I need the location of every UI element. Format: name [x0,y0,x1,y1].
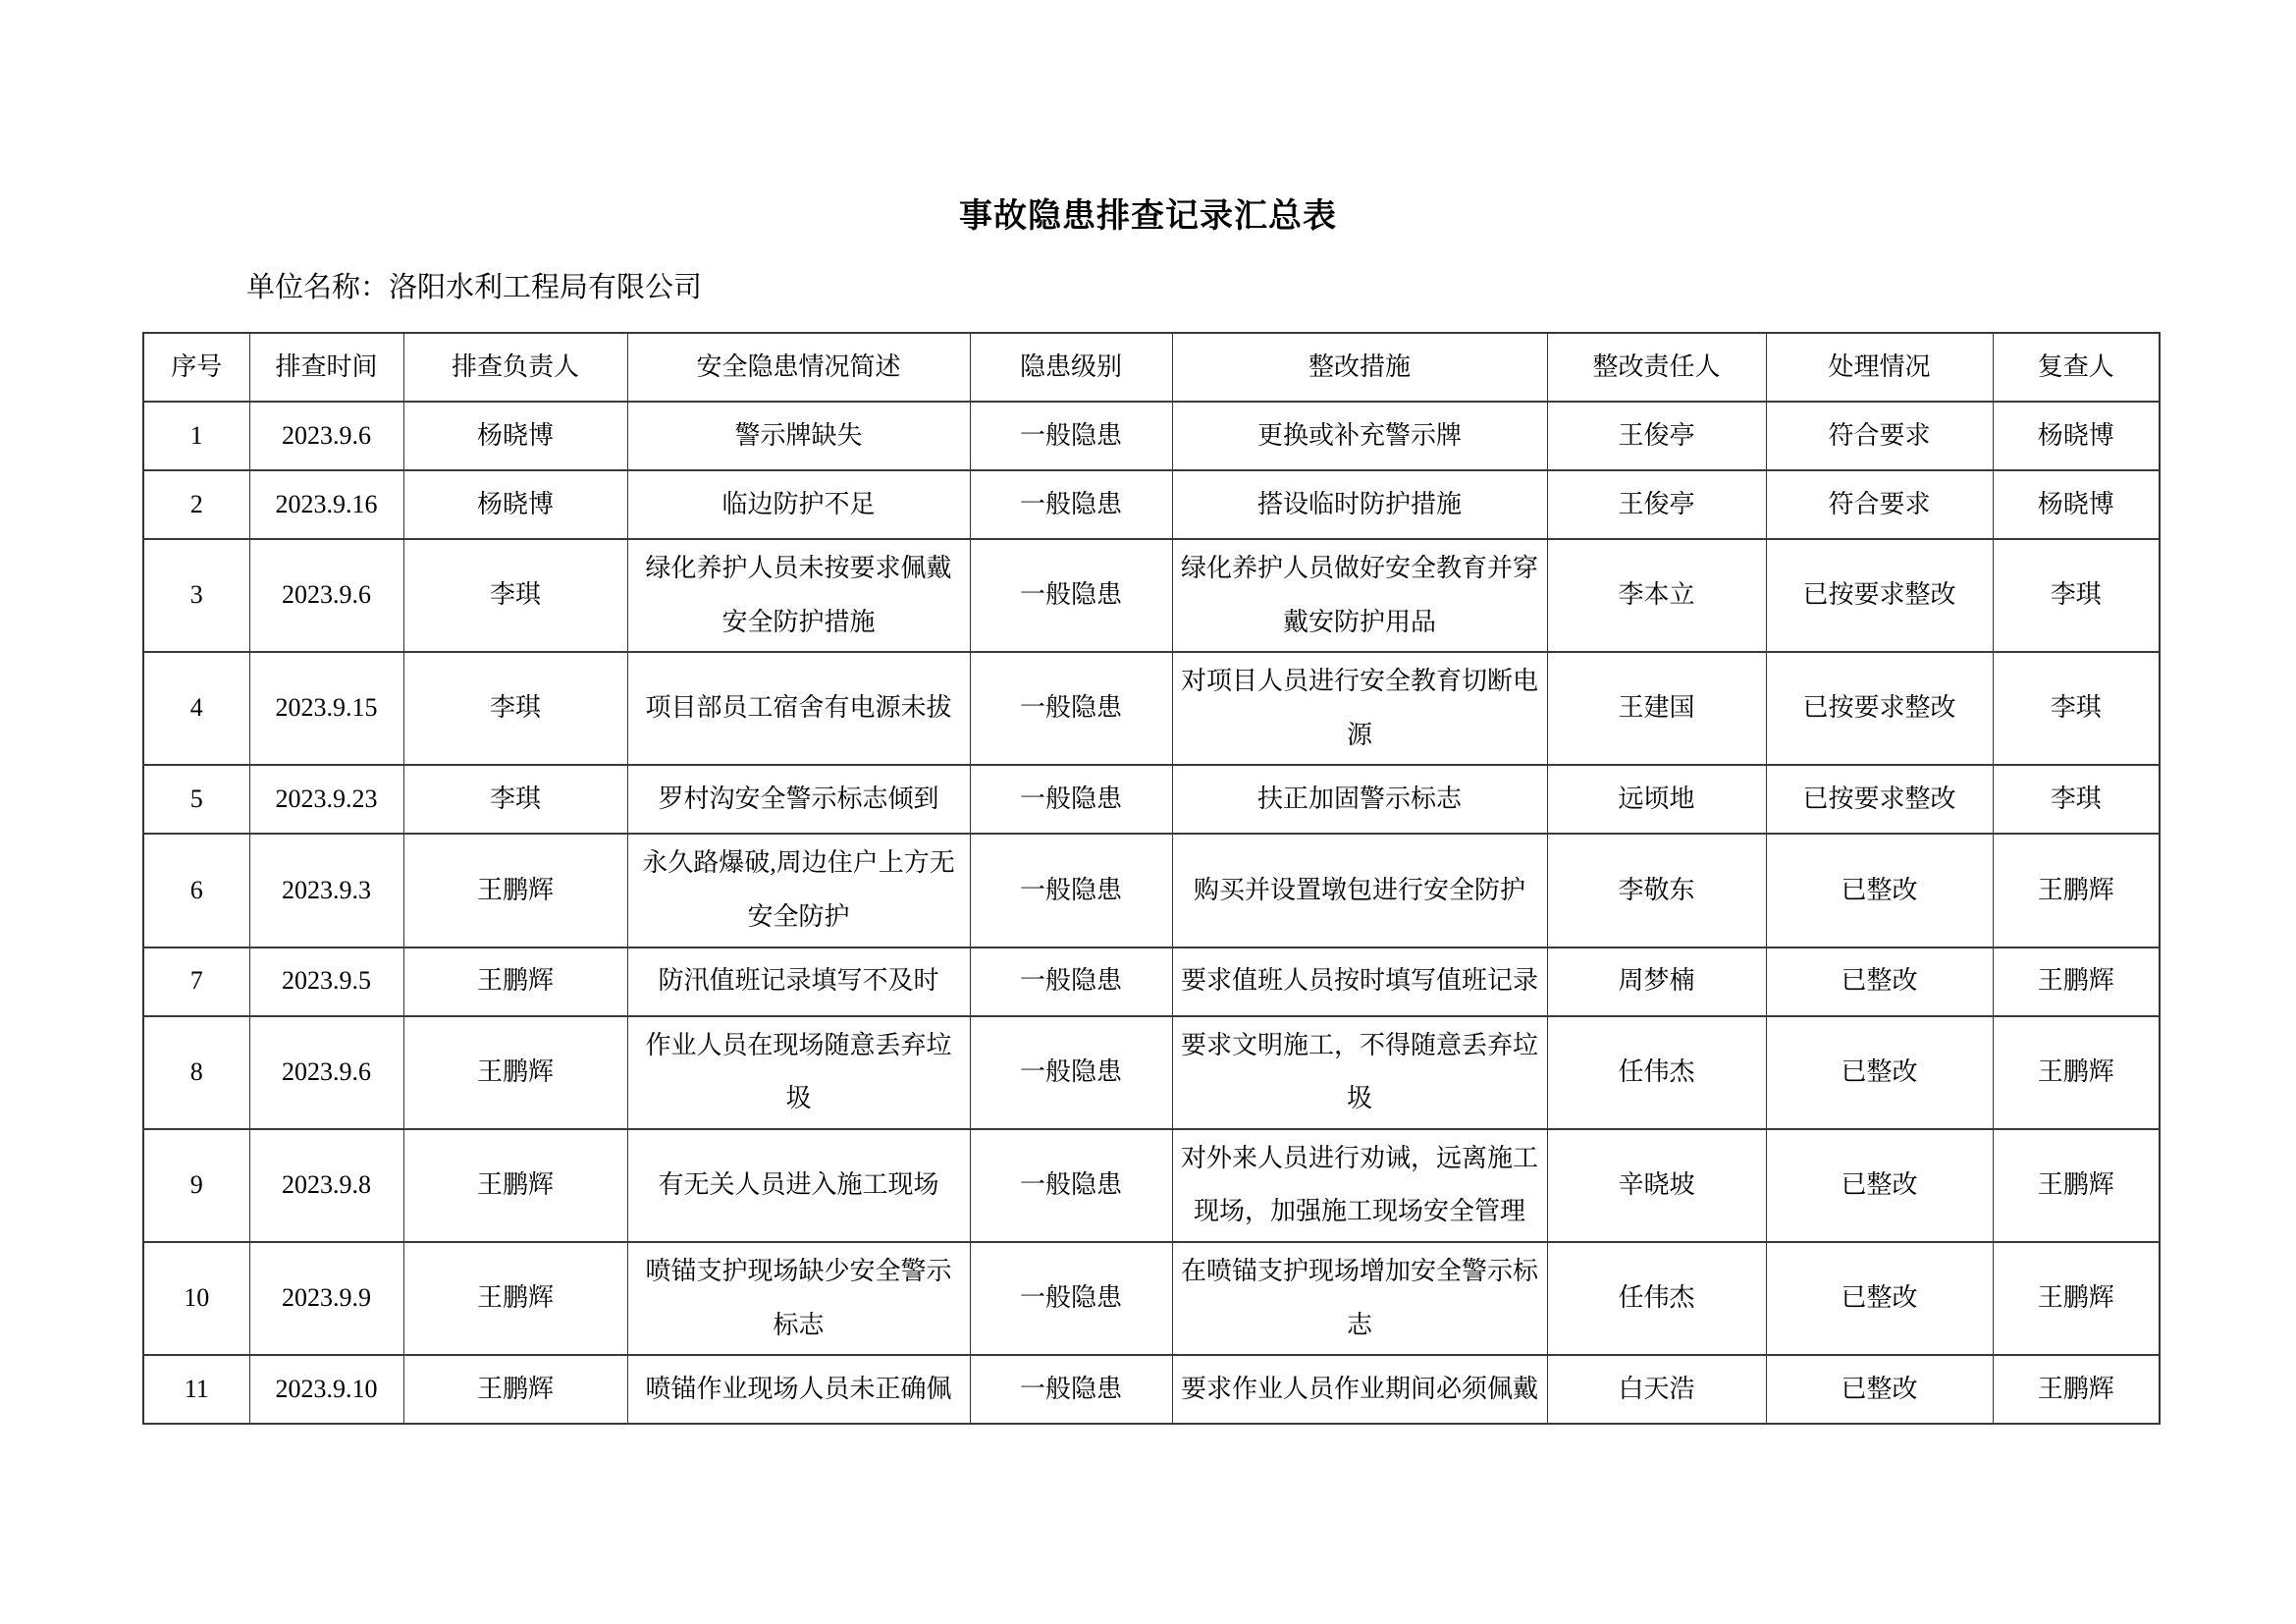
table-cell: 王鹏辉 [1993,1242,2160,1355]
table-cell: 李琪 [403,539,627,652]
table-cell: 已整改 [1766,1016,1993,1129]
table-cell: 王俊亭 [1547,402,1766,470]
table-cell: 任伟杰 [1547,1016,1766,1129]
table-cell: 王鹏辉 [403,1016,627,1129]
page-title: 事故隐患排查记录汇总表 [0,189,2296,237]
unit-name-value: 洛阳水利工程局有限公司 [389,272,702,303]
table-cell: 已整改 [1766,1129,1993,1242]
table-row: 32023.9.6李琪绿化养护人员未按要求佩戴安全防护措施一般隐患绿化养护人员做… [143,539,2160,652]
table-cell: 对外来人员进行劝诫，远离施工现场，加强施工现场安全管理 [1172,1129,1547,1242]
table-cell: 警示牌缺失 [627,402,970,470]
table-cell: 8 [143,1016,249,1129]
table-cell: 作业人员在现场随意丢弃垃圾 [627,1016,970,1129]
table-cell: 9 [143,1129,249,1242]
table-cell: 一般隐患 [970,402,1172,470]
table-row: 42023.9.15李琪项目部员工宿舍有电源未拔一般隐患对项目人员进行安全教育切… [143,652,2160,765]
table-cell: 扶正加固警示标志 [1172,765,1547,834]
table-cell: 杨晓博 [1993,402,2160,470]
table-row: 82023.9.6王鹏辉作业人员在现场随意丢弃垃圾一般隐患要求文明施工，不得随意… [143,1016,2160,1129]
table-row: 22023.9.16杨晓博临边防护不足一般隐患搭设临时防护措施王俊亭符合要求杨晓… [143,470,2160,539]
table-cell: 杨晓博 [1993,470,2160,539]
table-cell: 1 [143,402,249,470]
table-cell: 王鹏辉 [1993,947,2160,1016]
table-cell: 一般隐患 [970,765,1172,834]
column-header: 整改措施 [1172,333,1547,402]
table-header-row: 序号排查时间排查负责人安全隐患情况简述隐患级别整改措施整改责任人处理情况复查人 [143,333,2160,402]
table-cell: 白天浩 [1547,1355,1766,1424]
table-row: 112023.9.10王鹏辉喷锚作业现场人员未正确佩一般隐患要求作业人员作业期间… [143,1355,2160,1424]
column-header: 排查时间 [249,333,403,402]
table-cell: 一般隐患 [970,947,1172,1016]
table-cell: 购买并设置墩包进行安全防护 [1172,834,1547,947]
table-cell: 要求作业人员作业期间必须佩戴 [1172,1355,1547,1424]
table-cell: 李本立 [1547,539,1766,652]
column-header: 安全隐患情况简述 [627,333,970,402]
table-cell: 已整改 [1766,1355,1993,1424]
table-cell: 周梦楠 [1547,947,1766,1016]
table-cell: 已整改 [1766,1242,1993,1355]
table-cell: 要求值班人员按时填写值班记录 [1172,947,1547,1016]
table-cell: 李琪 [403,765,627,834]
table-cell: 辛晓坡 [1547,1129,1766,1242]
table-cell: 一般隐患 [970,652,1172,765]
table-cell: 一般隐患 [970,1242,1172,1355]
table-cell: 一般隐患 [970,470,1172,539]
table-cell: 任伟杰 [1547,1242,1766,1355]
table-cell: 王鹏辉 [1993,834,2160,947]
table-cell: 永久路爆破,周边住户上方无安全防护 [627,834,970,947]
table-cell: 王鹏辉 [1993,1129,2160,1242]
table-cell: 2 [143,470,249,539]
column-header: 整改责任人 [1547,333,1766,402]
table-cell: 已按要求整改 [1766,539,1993,652]
unit-name-label: 单位名称： [246,272,389,303]
table-cell: 一般隐患 [970,1355,1172,1424]
table-cell: 11 [143,1355,249,1424]
summary-table-container: 序号排查时间排查负责人安全隐患情况简述隐患级别整改措施整改责任人处理情况复查人 … [142,332,2159,1425]
table-cell: 已整改 [1766,834,1993,947]
document-page: 事故隐患排查记录汇总表 单位名称：洛阳水利工程局有限公司 序号排查时间排查负责人… [0,0,2296,1624]
table-cell: 2023.9.23 [249,765,403,834]
table-cell: 项目部员工宿舍有电源未拔 [627,652,970,765]
table-cell: 王鹏辉 [1993,1355,2160,1424]
table-cell: 王建国 [1547,652,1766,765]
table-cell: 已整改 [1766,947,1993,1016]
table-cell: 远顷地 [1547,765,1766,834]
table-cell: 李琪 [1993,539,2160,652]
table-cell: 李琪 [1993,652,2160,765]
table-cell: 王鹏辉 [403,1355,627,1424]
table-cell: 5 [143,765,249,834]
table-cell: 符合要求 [1766,470,1993,539]
table-cell: 一般隐患 [970,1129,1172,1242]
table-cell: 罗村沟安全警示标志倾到 [627,765,970,834]
table-cell: 7 [143,947,249,1016]
table-cell: 已按要求整改 [1766,652,1993,765]
table-cell: 对项目人员进行安全教育切断电源 [1172,652,1547,765]
table-cell: 要求文明施工，不得随意丢弃垃圾 [1172,1016,1547,1129]
table-row: 62023.9.3王鹏辉永久路爆破,周边住户上方无安全防护一般隐患购买并设置墩包… [143,834,2160,947]
table-cell: 李琪 [1993,765,2160,834]
hazard-record-table: 序号排查时间排查负责人安全隐患情况简述隐患级别整改措施整改责任人处理情况复查人 … [142,332,2161,1425]
table-cell: 杨晓博 [403,402,627,470]
table-cell: 有无关人员进入施工现场 [627,1129,970,1242]
table-row: 102023.9.9王鹏辉喷锚支护现场缺少安全警示标志一般隐患在喷锚支护现场增加… [143,1242,2160,1355]
table-body: 12023.9.6杨晓博警示牌缺失一般隐患更换或补充警示牌王俊亭符合要求杨晓博2… [143,402,2160,1424]
table-cell: 4 [143,652,249,765]
table-cell: 2023.9.16 [249,470,403,539]
table-cell: 喷锚支护现场缺少安全警示标志 [627,1242,970,1355]
table-cell: 更换或补充警示牌 [1172,402,1547,470]
table-cell: 2023.9.3 [249,834,403,947]
table-cell: 符合要求 [1766,402,1993,470]
table-cell: 2023.9.15 [249,652,403,765]
table-cell: 王鹏辉 [403,834,627,947]
table-row: 12023.9.6杨晓博警示牌缺失一般隐患更换或补充警示牌王俊亭符合要求杨晓博 [143,402,2160,470]
table-cell: 10 [143,1242,249,1355]
table-row: 72023.9.5王鹏辉防汛值班记录填写不及时一般隐患要求值班人员按时填写值班记… [143,947,2160,1016]
column-header: 序号 [143,333,249,402]
table-cell: 一般隐患 [970,834,1172,947]
column-header: 处理情况 [1766,333,1993,402]
table-cell: 绿化养护人员未按要求佩戴安全防护措施 [627,539,970,652]
table-cell: 临边防护不足 [627,470,970,539]
table-cell: 李敬东 [1547,834,1766,947]
table-cell: 李琪 [403,652,627,765]
table-cell: 绿化养护人员做好安全教育并穿戴安防护用品 [1172,539,1547,652]
table-cell: 搭设临时防护措施 [1172,470,1547,539]
column-header: 排查负责人 [403,333,627,402]
table-row: 92023.9.8王鹏辉有无关人员进入施工现场一般隐患对外来人员进行劝诫，远离施… [143,1129,2160,1242]
unit-name-line: 单位名称：洛阳水利工程局有限公司 [246,265,702,305]
table-cell: 2023.9.10 [249,1355,403,1424]
table-cell: 2023.9.6 [249,402,403,470]
table-row: 52023.9.23李琪罗村沟安全警示标志倾到一般隐患扶正加固警示标志远顷地已按… [143,765,2160,834]
table-cell: 3 [143,539,249,652]
table-cell: 一般隐患 [970,1016,1172,1129]
table-cell: 王鹏辉 [403,1242,627,1355]
table-cell: 王俊亭 [1547,470,1766,539]
column-header: 隐患级别 [970,333,1172,402]
table-cell: 喷锚作业现场人员未正确佩 [627,1355,970,1424]
table-cell: 王鹏辉 [403,947,627,1016]
table-cell: 防汛值班记录填写不及时 [627,947,970,1016]
table-cell: 2023.9.5 [249,947,403,1016]
table-cell: 一般隐患 [970,539,1172,652]
table-cell: 6 [143,834,249,947]
table-cell: 王鹏辉 [1993,1016,2160,1129]
table-cell: 2023.9.6 [249,539,403,652]
table-cell: 2023.9.8 [249,1129,403,1242]
table-cell: 王鹏辉 [403,1129,627,1242]
table-cell: 已按要求整改 [1766,765,1993,834]
table-cell: 杨晓博 [403,470,627,539]
column-header: 复查人 [1993,333,2160,402]
table-cell: 在喷锚支护现场增加安全警示标志 [1172,1242,1547,1355]
table-cell: 2023.9.9 [249,1242,403,1355]
table-cell: 2023.9.6 [249,1016,403,1129]
